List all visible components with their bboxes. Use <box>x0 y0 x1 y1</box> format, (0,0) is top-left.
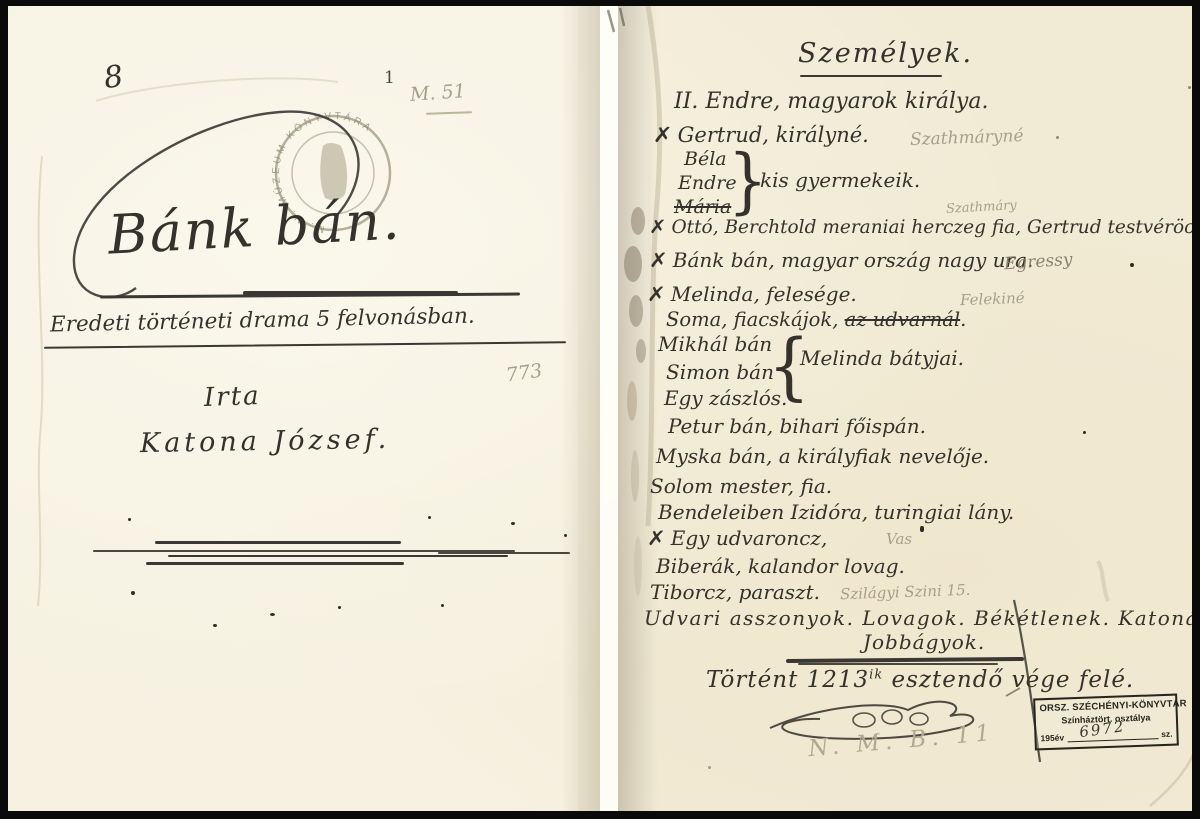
scan-frame: 8 1 M. 51 M. N. MÚZEUM KÖNYVTÁRA Bánk bá… <box>0 0 1200 819</box>
stamp-year-prefix: 195 <box>1040 733 1055 743</box>
library-stamp-line3: 195 év 6972 sz. <box>1040 728 1172 744</box>
library-stamp: ORSZ. SZÉCHÉNYI-KÖNYVTÁR Színháztört. os… <box>1033 694 1179 751</box>
stamp-ev-label: év <box>1055 732 1065 742</box>
manuscript-paper: 8 1 M. 51 M. N. MÚZEUM KÖNYVTÁRA Bánk bá… <box>8 6 1192 811</box>
stamp-fill-line: 6972 <box>1067 728 1158 742</box>
closing-flourish <box>8 6 1192 811</box>
stamp-sz-label: sz. <box>1161 729 1173 739</box>
